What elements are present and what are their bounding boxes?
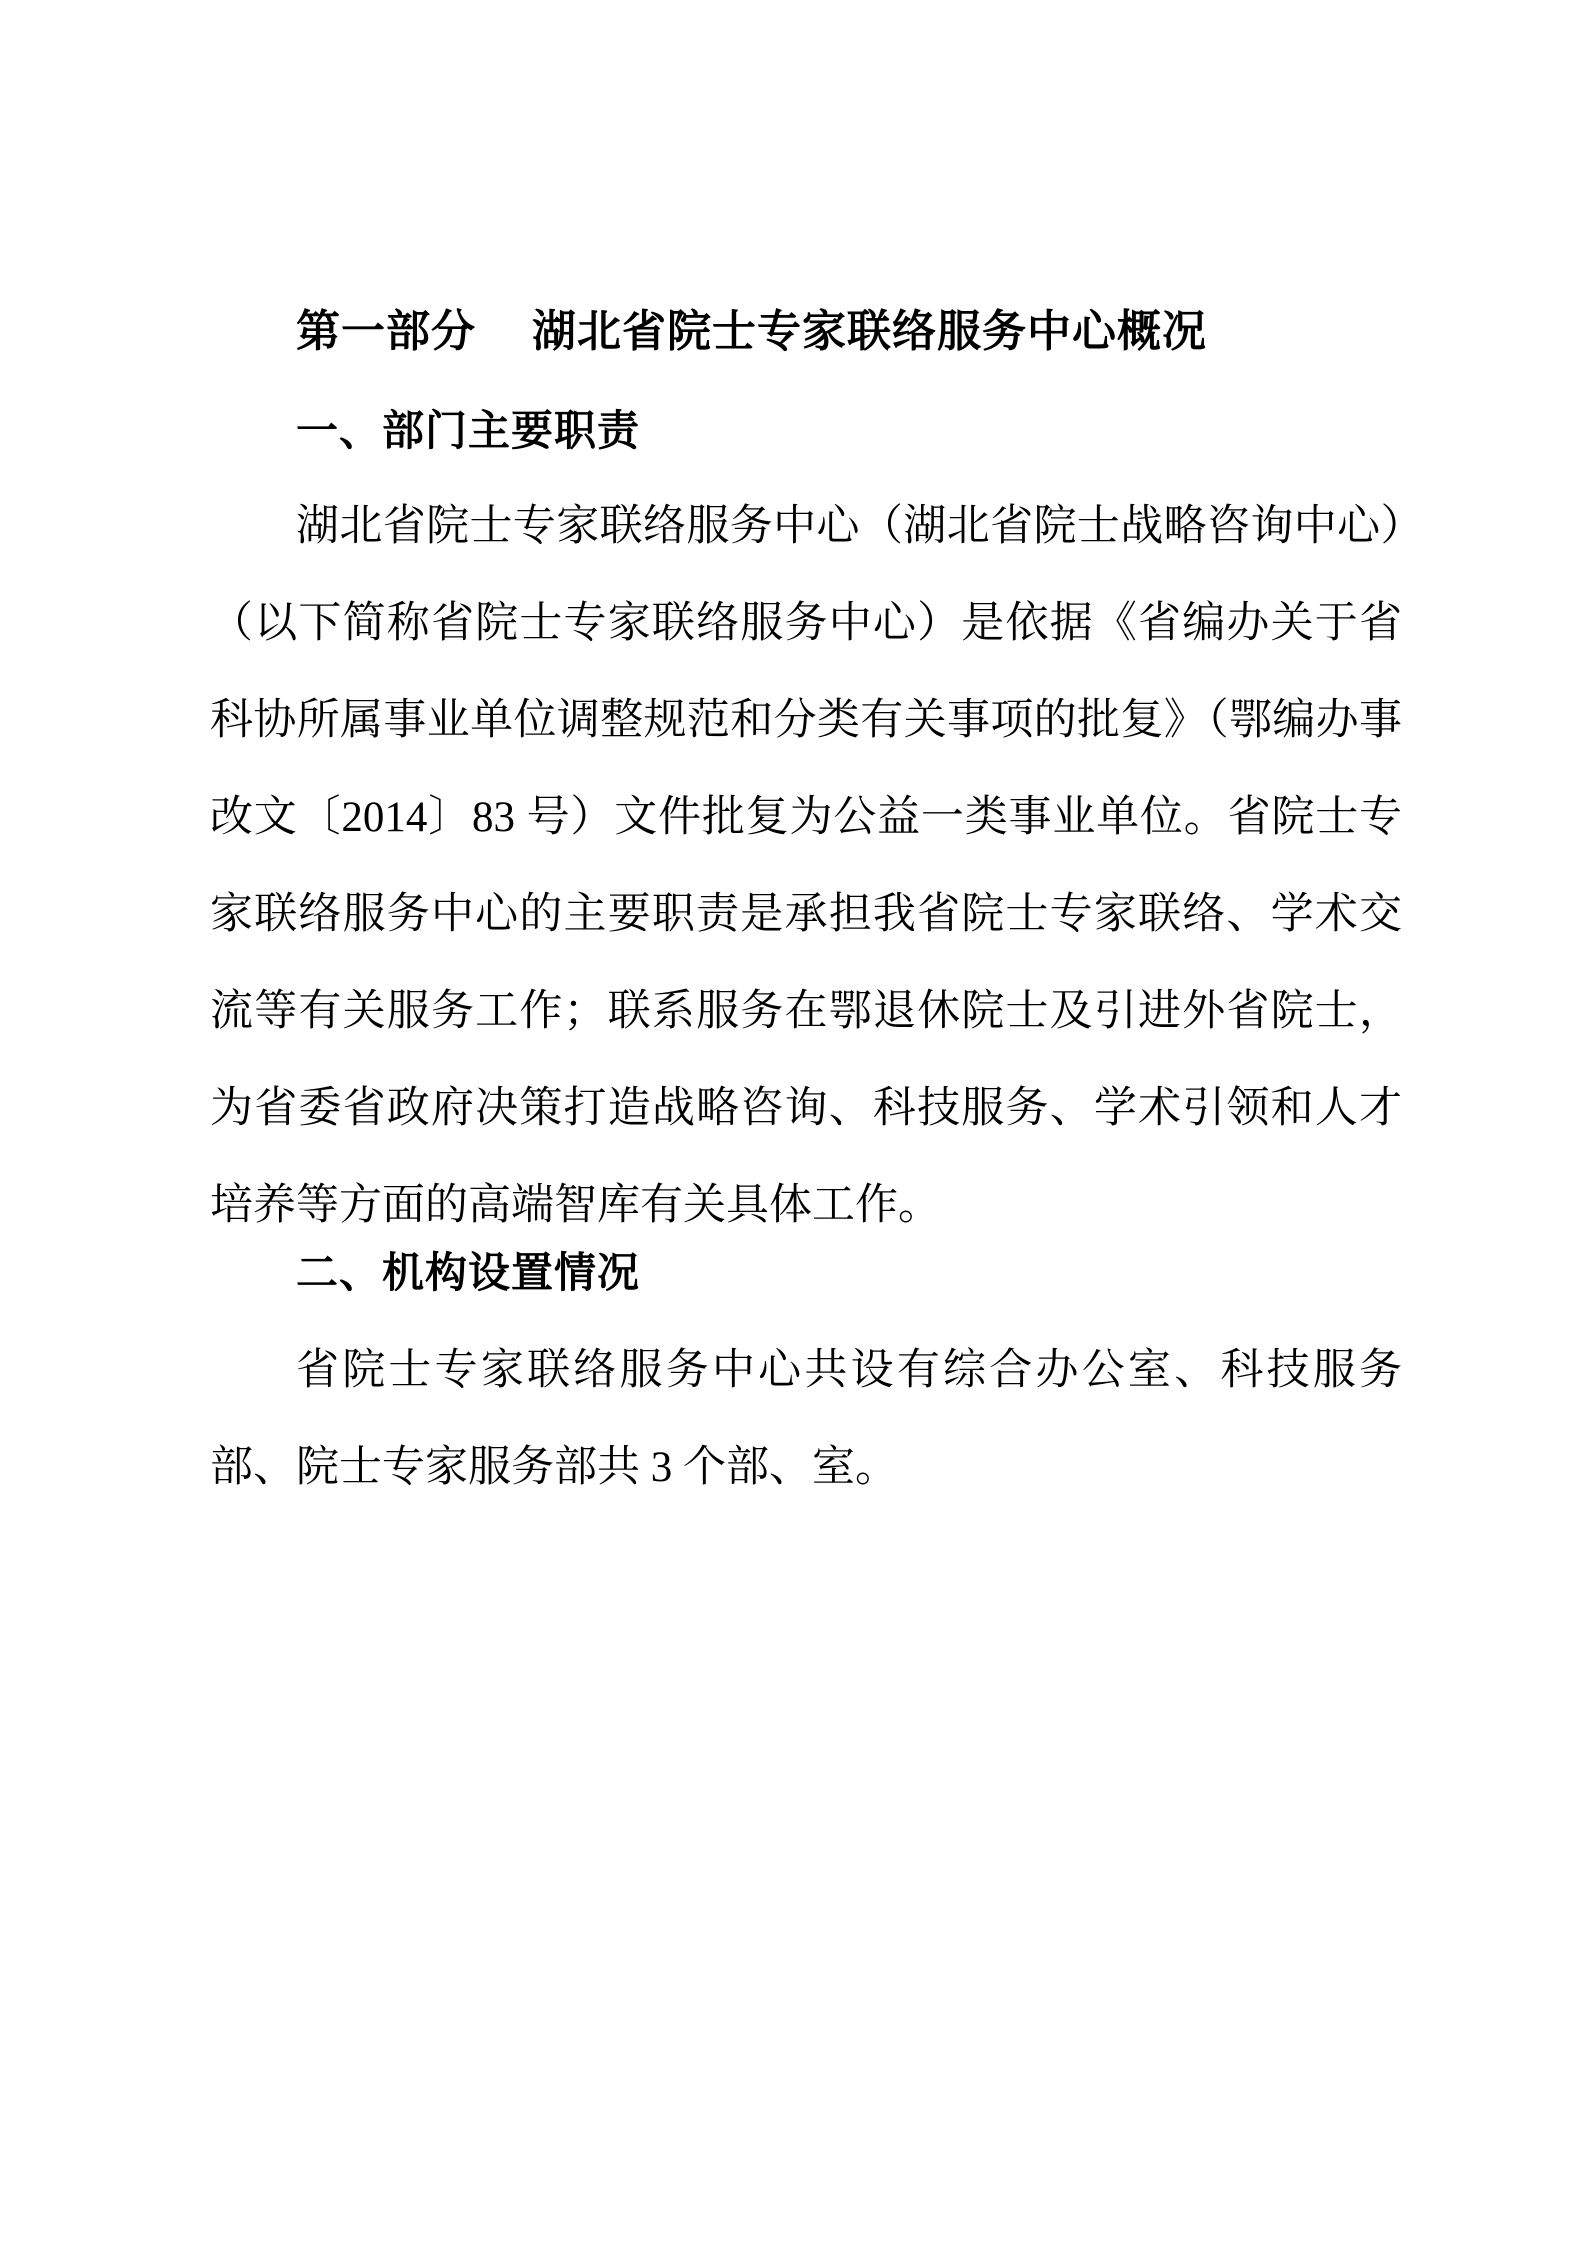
document-title: 第一部分湖北省院士专家联络服务中心概况 [210, 306, 1486, 358]
section-heading-1: 一、部门主要职责 [210, 406, 1486, 456]
document-title-part-text: 湖北省院士专家联络服务中心概况 [532, 307, 1207, 356]
section-heading-2: 二、机构设置情况 [210, 1248, 1486, 1298]
document-title-part-number: 第一部分 [296, 307, 476, 356]
section-2-paragraph: 省院士专家联络服务中心共设有综合办公室、科技服务部、院士专家服务部共 3 个部、… [210, 1322, 1402, 1516]
section-1-paragraph: 湖北省院士专家联络服务中心（湖北省院士战略咨询中心）（以下简称省院士专家联络服务… [210, 478, 1402, 1254]
document-page: 第一部分湖北省院士专家联络服务中心概况 一、部门主要职责 湖北省院士专家联络服务… [0, 0, 1587, 2245]
